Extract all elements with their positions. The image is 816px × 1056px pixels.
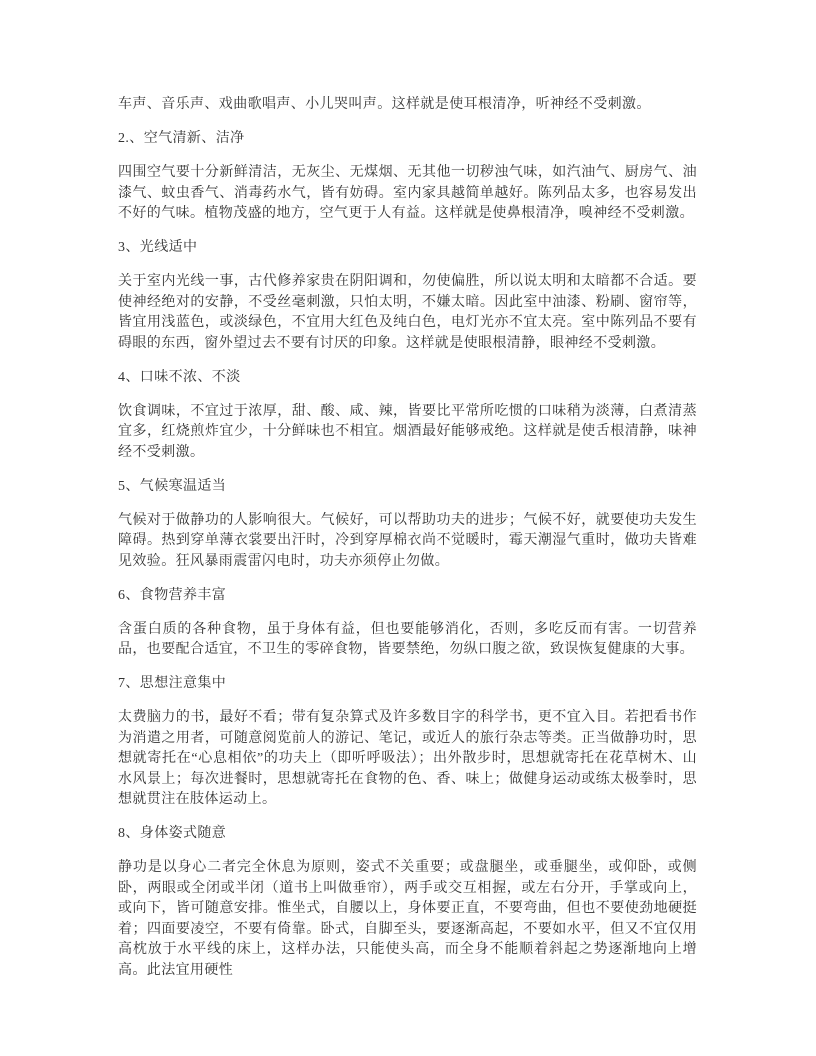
section-heading-5: 5、气候寒温适当 — [118, 477, 697, 498]
section-6-paragraph: 含蛋白质的各种食物，虽于身体有益，但也要能够消化，否则，多吃反而有害。一切营养品… — [118, 620, 697, 661]
section-2-paragraph: 四围空气要十分新鲜清洁，无灰尘、无煤烟、无其他一切秽浊气味，如汽油气、厨房气、油… — [118, 163, 697, 225]
section-heading-7: 7、思想注意集中 — [118, 674, 697, 695]
document-body: 车声、音乐声、戏曲歌唱声、小儿哭叫声。这样就是使耳根清净，听神经不受刺激。 2.… — [118, 95, 697, 981]
section-5-paragraph: 气候对于做静功的人影响很大。气候好，可以帮助功夫的进步；气候不好，就要使功夫发生… — [118, 511, 697, 573]
section-heading-2: 2.、空气清新、洁净 — [118, 129, 697, 150]
body-paragraph-continuation: 车声、音乐声、戏曲歌唱声、小儿哭叫声。这样就是使耳根清净，听神经不受刺激。 — [118, 95, 697, 116]
section-8-paragraph: 静功是以身心二者完全休息为原则，姿式不关重要；或盘腿坐，或垂腿坐，或仰卧，或侧卧… — [118, 858, 697, 981]
section-7-paragraph: 太费脑力的书，最好不看；带有复杂算式及许多数目字的科学书，更不宜入目。若把看书作… — [118, 708, 697, 811]
section-heading-4: 4、口味不浓、不淡 — [118, 368, 697, 389]
section-3-paragraph: 关于室内光线一事，古代修养家贵在阴阳调和，勿使偏胜，所以说太明和太暗都不合适。要… — [118, 272, 697, 354]
section-heading-6: 6、食物营养丰富 — [118, 586, 697, 607]
section-heading-3: 3、光线适中 — [118, 238, 697, 259]
document-page: 车声、音乐声、戏曲歌唱声、小儿哭叫声。这样就是使耳根清净，听神经不受刺激。 2.… — [0, 0, 816, 1056]
section-4-paragraph: 饮食调味，不宜过于浓厚，甜、酸、咸、辣，皆要比平常所吃惯的口味稍为淡薄，白煮清蒸… — [118, 402, 697, 464]
section-heading-8: 8、身体姿式随意 — [118, 824, 697, 845]
